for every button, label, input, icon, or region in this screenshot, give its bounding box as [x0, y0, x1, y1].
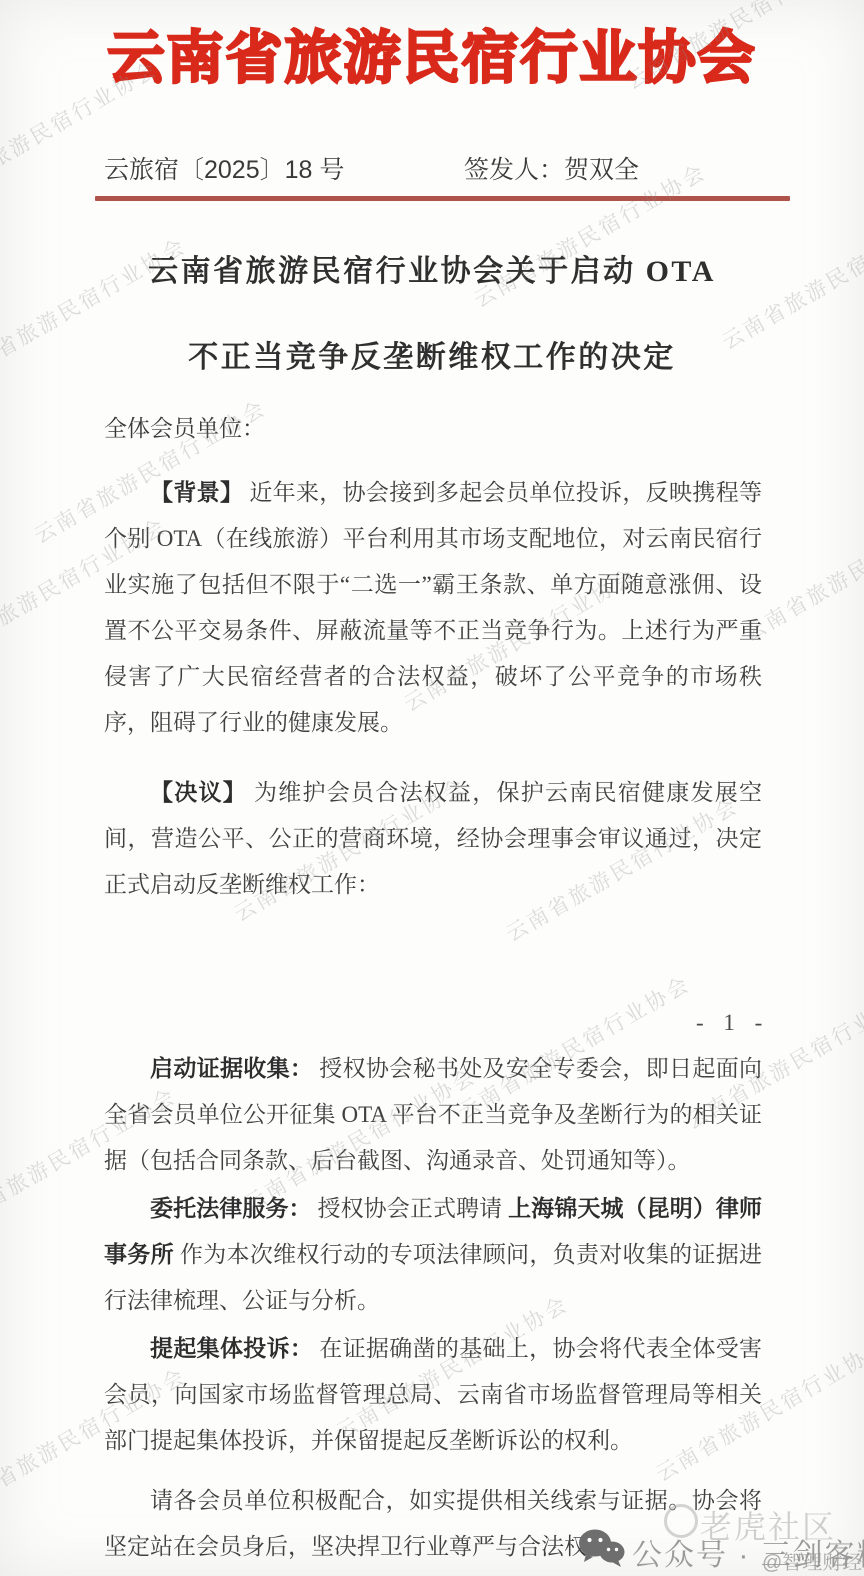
issuer-name: 签发人：贺双全 — [464, 150, 639, 186]
text-segment: 【决议】 — [150, 780, 247, 805]
text-segment: 授权协会正式聘请 — [312, 1196, 508, 1221]
text-segment: 近年来，协会接到多起会员单位投诉，反映携程等个别 OTA（在线旅游）平台利用其市… — [104, 480, 762, 735]
body-section-2: 启动证据收集： 授权协会秘书处及安全专委会，即日起面向全省会员单位公开征集 OT… — [104, 1046, 762, 1570]
body-section-1: 【背景】 近年来，协会接到多起会员单位投诉，反映携程等个别 OTA（在线旅游）平… — [104, 470, 762, 908]
document-title-line2: 不正当竞争反垄断维权工作的决定 — [0, 332, 864, 376]
document-page: 云南省旅游民宿行业协会云南省旅游民宿行业协会云南省旅游民宿行业协会云南省旅游民宿… — [0, 0, 864, 1576]
paragraph-closing: 请各会员单位积极配合，如实提供相关线索与证据。协会将坚定站在会员身后，坚决捍卫行… — [104, 1478, 762, 1570]
paragraph-evidence-collection: 启动证据收集： 授权协会秘书处及安全专委会，即日起面向全省会员单位公开征集 OT… — [104, 1046, 762, 1184]
red-divider-rule — [95, 196, 790, 201]
text-segment: 提起集体投诉： — [150, 1336, 313, 1361]
text-segment: 启动证据收集： — [150, 1056, 313, 1081]
text-segment: 请各会员单位积极配合，如实提供相关线索与证据。协会将坚定站在会员身后，坚决捍卫行… — [104, 1488, 762, 1559]
page-number: - 1 - — [696, 1010, 769, 1036]
text-segment: 委托法律服务： — [150, 1196, 312, 1221]
paragraph-legal-services: 委托法律服务： 授权协会正式聘请 上海锦天城（昆明）律师事务所 作为本次维权行动… — [104, 1186, 762, 1324]
text-segment: 【背景】 — [150, 480, 243, 505]
salutation: 全体会员单位： — [104, 410, 265, 443]
text-segment: 作为本次维权行动的专项法律顾问，负责对收集的证据进行法律梳理、公证与分析。 — [104, 1242, 762, 1313]
paragraph-collective-complaint: 提起集体投诉： 在证据确凿的基础上，协会将代表全体受害会员，向国家市场监督管理总… — [104, 1326, 762, 1464]
document-title-line1: 云南省旅游民宿行业协会关于启动 OTA — [0, 246, 864, 290]
document-content: 云南省旅游民宿行业协会 云旅宿〔2025〕18 号 签发人：贺双全 云南省旅游民… — [0, 0, 864, 1576]
paragraph-background: 【背景】 近年来，协会接到多起会员单位投诉，反映携程等个别 OTA（在线旅游）平… — [104, 470, 762, 746]
document-number: 云旅宿〔2025〕18 号 — [104, 150, 344, 186]
document-number-line: 云旅宿〔2025〕18 号 签发人：贺双全 — [104, 150, 764, 184]
paragraph-resolution: 【决议】 为维护会员合法权益，保护云南民宿健康发展空间，营造公平、公正的营商环境… — [104, 770, 762, 908]
association-masthead: 云南省旅游民宿行业协会 — [0, 12, 864, 94]
